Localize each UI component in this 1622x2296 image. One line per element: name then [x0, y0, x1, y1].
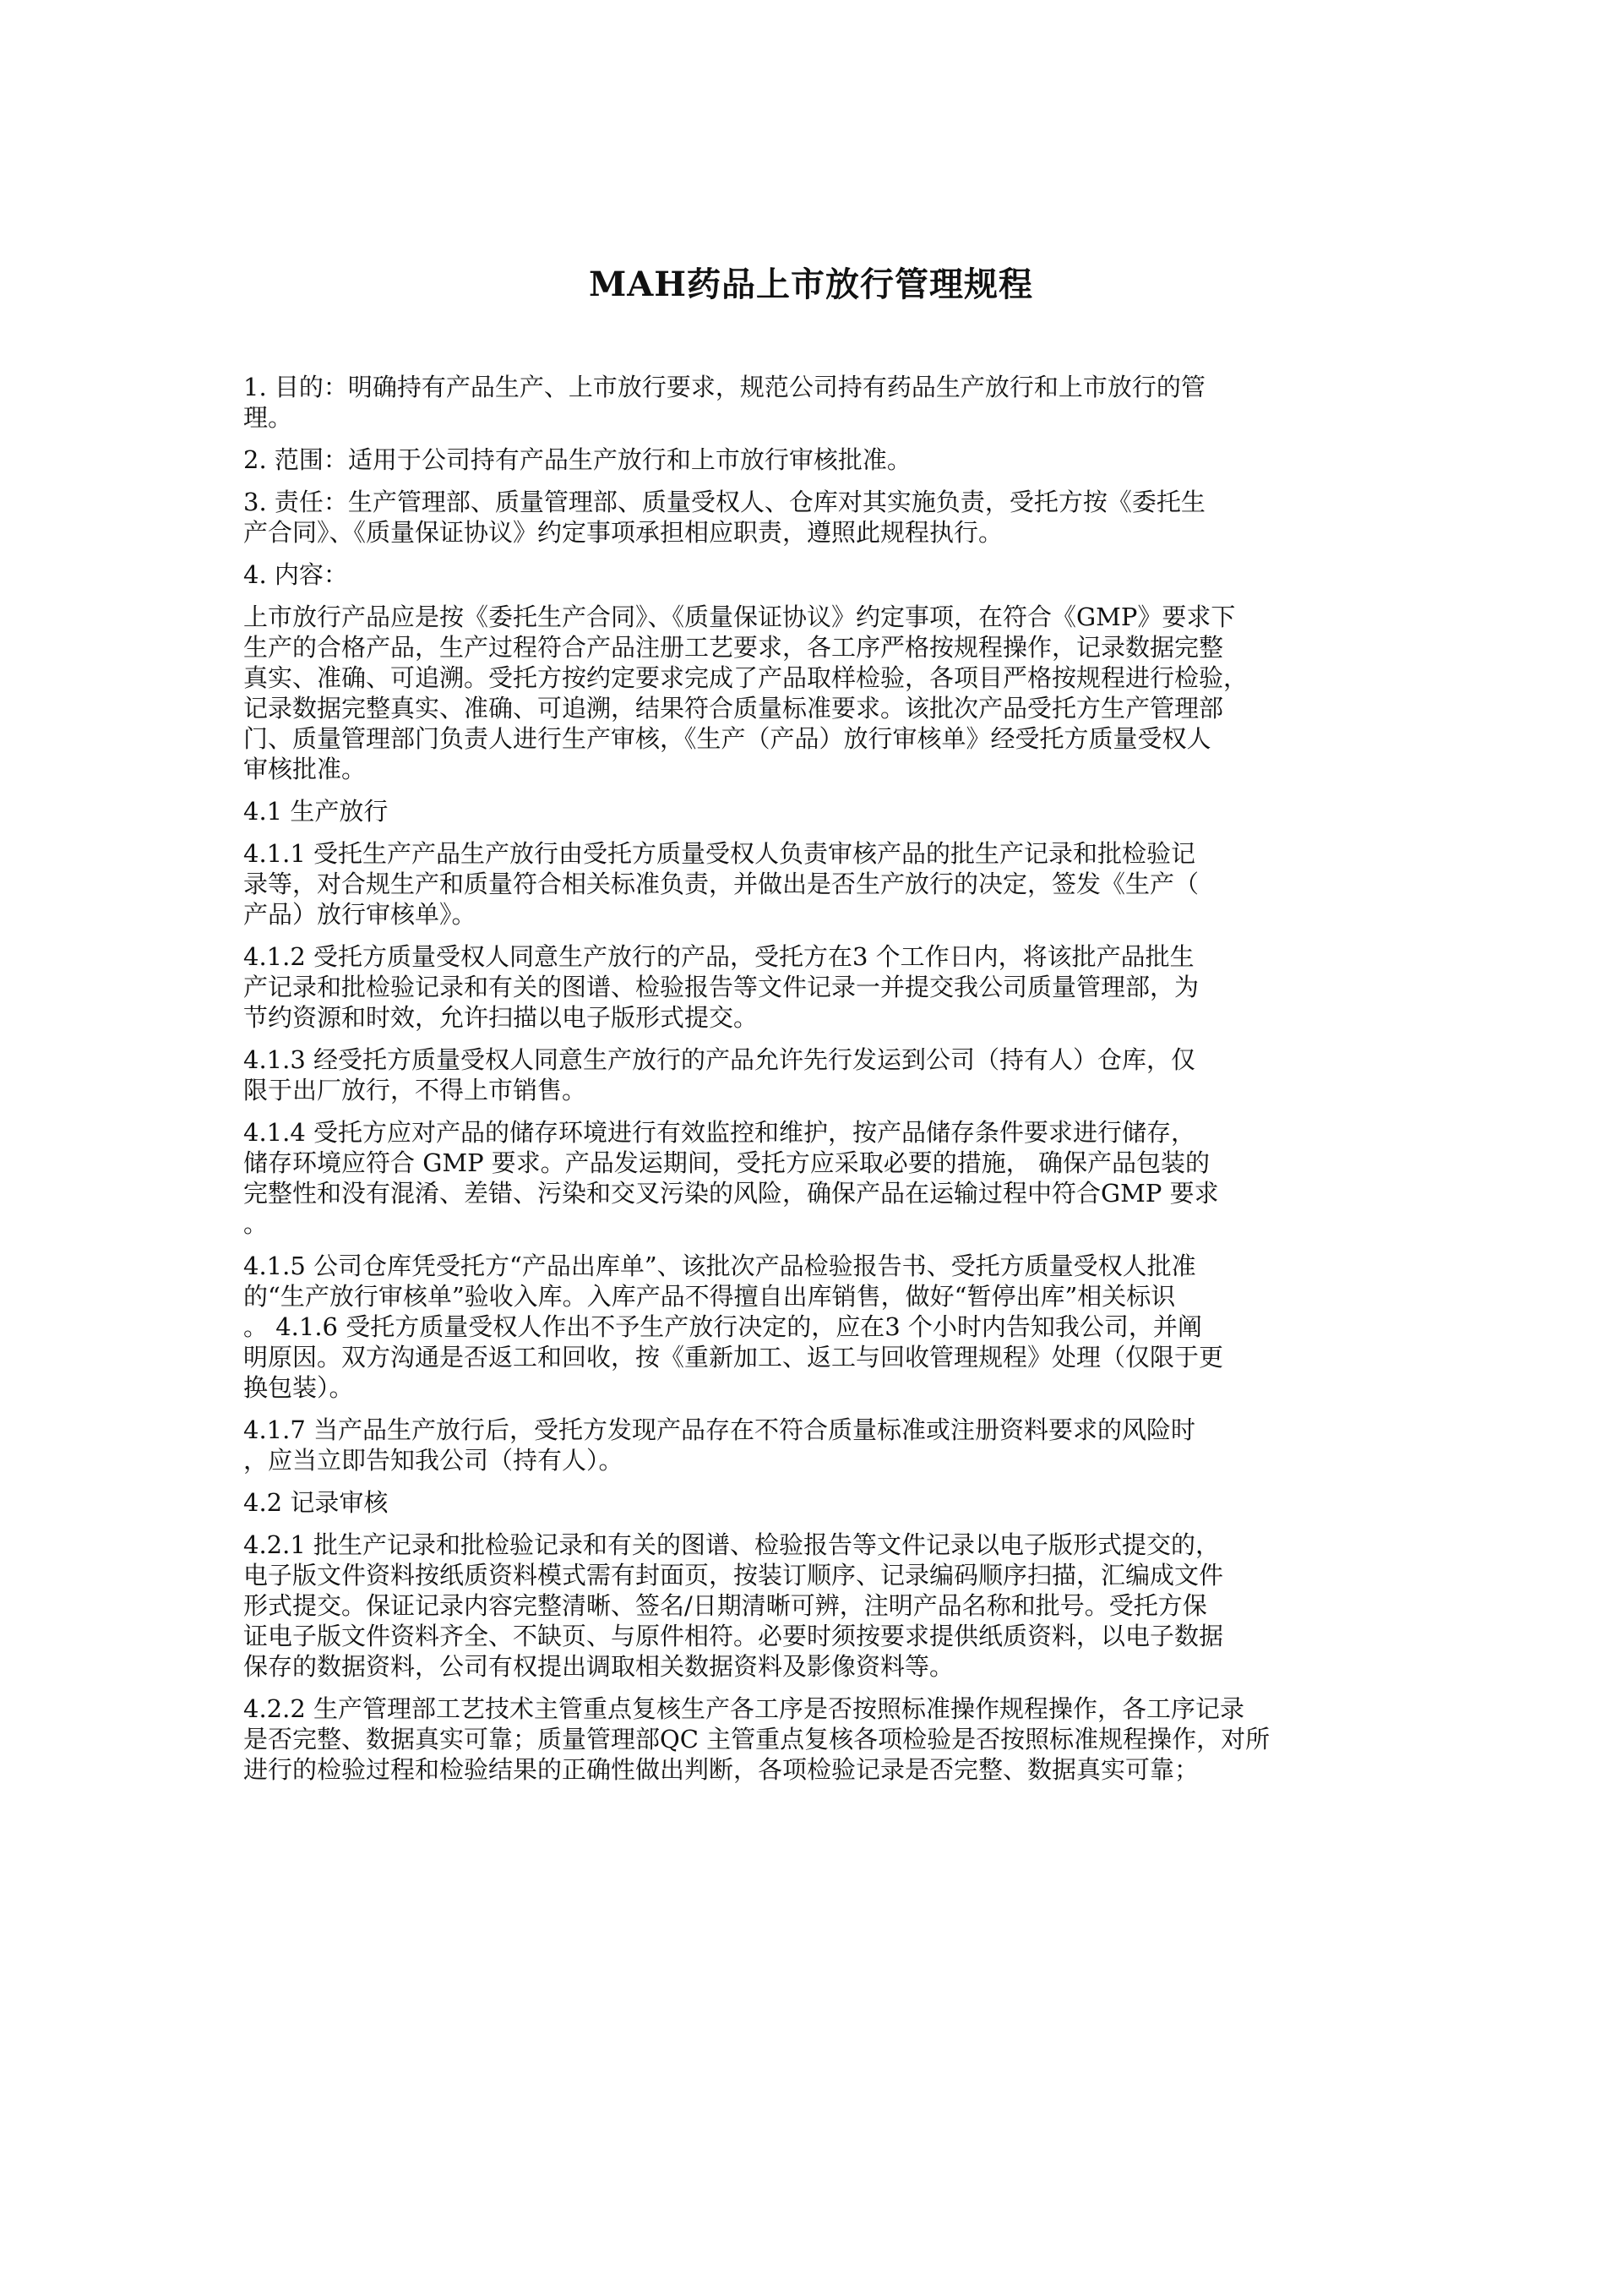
document-title: MAH药品上市放行管理规程 [0, 258, 1622, 306]
text-line: 是否完整、数据真实可靠；质量管理部QC 主管重点复核各项检验是否按照标准规程操作… [243, 1724, 1409, 1754]
paragraph: 4.1.4 受托方应对产品的储存环境进行有效监控和维护，按产品储存条件要求进行储… [243, 1117, 1409, 1239]
text-line: 保存的数据资料，公司有权提出调取相关数据资料及影像资料等。 [243, 1651, 1409, 1682]
text-line: 产记录和批检验记录和有关的图谱、检验报告等文件记录一并提交我公司质量管理部，为 [243, 972, 1409, 1002]
paragraph: 1. 目的：明确持有产品生产、上市放行要求，规范公司持有药品生产放行和上市放行的… [243, 372, 1409, 433]
text-line: 。 4.1.6 受托方质量受权人作出不予生产放行决定的，应在3 个小时内告知我公… [243, 1312, 1409, 1342]
paragraph: 4.1.1 受托生产产品生产放行由受托方质量受权人负责审核产品的批生产记录和批检… [243, 838, 1409, 930]
paragraph: 4.2 记录审核 [243, 1487, 1409, 1518]
text-line: 明原因。双方沟通是否返工和回收，按《重新加工、返工与回收管理规程》处理（仅限于更 [243, 1342, 1409, 1372]
paragraph: 4.1.7 当产品生产放行后，受托方发现产品存在不符合质量标准或注册资料要求的风… [243, 1415, 1409, 1475]
text-line: 4.1.2 受托方质量受权人同意生产放行的产品，受托方在3 个工作日内，将该批产… [243, 941, 1409, 972]
text-line: 4.2.1 批生产记录和批检验记录和有关的图谱、检验报告等文件记录以电子版形式提… [243, 1530, 1409, 1560]
text-line: 换包装）。 [243, 1372, 1409, 1403]
text-line: 真实、准确、可追溯。受托方按约定要求完成了产品取样检验，各项目严格按规程进行检验… [243, 663, 1409, 693]
text-line: 4.2.2 生产管理部工艺技术主管重点复核生产各工序是否按照标准操作规程操作，各… [243, 1693, 1409, 1724]
text-line: 审核批准。 [243, 754, 1409, 784]
text-line: 电子版文件资料按纸质资料模式需有封面页，按装订顺序、记录编码顺序扫描，汇编成文件 [243, 1560, 1409, 1590]
paragraph: 上市放行产品应是按《委托生产合同》、《质量保证协议》约定事项，在符合《GMP》要… [243, 602, 1409, 784]
text-line: 理。 [243, 402, 1409, 433]
paragraph: 4.1.2 受托方质量受权人同意生产放行的产品，受托方在3 个工作日内，将该批产… [243, 941, 1409, 1033]
text-line: 限于出厂放行，不得上市销售。 [243, 1075, 1409, 1105]
text-line: 上市放行产品应是按《委托生产合同》、《质量保证协议》约定事项，在符合《GMP》要… [243, 602, 1409, 632]
text-line: 证电子版文件资料齐全、不缺页、与原件相符。必要时须按要求提供纸质资料，以电子数据 [243, 1621, 1409, 1651]
text-line: 4.1.1 受托生产产品生产放行由受托方质量受权人负责审核产品的批生产记录和批检… [243, 838, 1409, 869]
text-line: 1. 目的：明确持有产品生产、上市放行要求，规范公司持有药品生产放行和上市放行的… [243, 372, 1409, 402]
text-line: 进行的检验过程和检验结果的正确性做出判断，各项检验记录是否完整、数据真实可靠； [243, 1754, 1409, 1785]
text-line: 4. 内容： [243, 559, 1409, 590]
text-line: 录等，对合规生产和质量符合相关标准负责，并做出是否生产放行的决定，签发《生产（ [243, 869, 1409, 899]
paragraph: 4.1.3 经受托方质量受权人同意生产放行的产品允许先行发运到公司（持有人）仓库… [243, 1044, 1409, 1105]
text-line: 形式提交。保证记录内容完整清晰、签名/日期清晰可辨，注明产品名称和批号。受托方保 [243, 1590, 1409, 1621]
paragraph: 3. 责任：生产管理部、质量管理部、质量受权人、仓库对其实施负责，受托方按《委托… [243, 487, 1409, 548]
text-line: 。 [243, 1208, 1409, 1239]
text-line: 4.1 生产放行 [243, 796, 1409, 826]
text-line: 4.1.3 经受托方质量受权人同意生产放行的产品允许先行发运到公司（持有人）仓库… [243, 1044, 1409, 1075]
text-line: ，应当立即告知我公司（持有人）。 [243, 1445, 1409, 1475]
text-line: 4.1.4 受托方应对产品的储存环境进行有效监控和维护，按产品储存条件要求进行储… [243, 1117, 1409, 1148]
text-line: 4.1.5 公司仓库凭受托方“产品出库单”、该批次产品检验报告书、受托方质量受权… [243, 1251, 1409, 1281]
text-line: 节约资源和时效，允许扫描以电子版形式提交。 [243, 1002, 1409, 1033]
text-line: 4.2 记录审核 [243, 1487, 1409, 1518]
text-line: 产合同》、《质量保证协议》约定事项承担相应职责，遵照此规程执行。 [243, 517, 1409, 548]
paragraph: 4. 内容： [243, 559, 1409, 590]
text-line: 生产的合格产品，生产过程符合产品注册工艺要求，各工序严格按规程操作，记录数据完整 [243, 632, 1409, 663]
text-line: 门、质量管理部门负责人进行生产审核，《生产（产品）放行审核单》经受托方质量受权人 [243, 723, 1409, 754]
text-line: 完整性和没有混淆、差错、污染和交叉污染的风险，确保产品在运输过程中符合GMP 要… [243, 1178, 1409, 1208]
text-line: 记录数据完整真实、准确、可追溯，结果符合质量标准要求。该批次产品受托方生产管理部 [243, 693, 1409, 723]
text-line: 2. 范围：适用于公司持有产品生产放行和上市放行审核批准。 [243, 444, 1409, 475]
paragraph: 4.2.2 生产管理部工艺技术主管重点复核生产各工序是否按照标准操作规程操作，各… [243, 1693, 1409, 1785]
paragraph: 4.2.1 批生产记录和批检验记录和有关的图谱、检验报告等文件记录以电子版形式提… [243, 1530, 1409, 1682]
text-line: 储存环境应符合 GMP 要求。产品发运期间，受托方应采取必要的措施， 确保产品包… [243, 1148, 1409, 1178]
document-body: 1. 目的：明确持有产品生产、上市放行要求，规范公司持有药品生产放行和上市放行的… [243, 372, 1409, 1797]
paragraph: 2. 范围：适用于公司持有产品生产放行和上市放行审核批准。 [243, 444, 1409, 475]
paragraph: 4.1.5 公司仓库凭受托方“产品出库单”、该批次产品检验报告书、受托方质量受权… [243, 1251, 1409, 1403]
text-line: 4.1.7 当产品生产放行后，受托方发现产品存在不符合质量标准或注册资料要求的风… [243, 1415, 1409, 1445]
paragraph: 4.1 生产放行 [243, 796, 1409, 826]
text-line: 的“生产放行审核单”验收入库。入库产品不得擅自出库销售，做好“暂停出库”相关标识 [243, 1281, 1409, 1312]
text-line: 产品）放行审核单》。 [243, 899, 1409, 930]
text-line: 3. 责任：生产管理部、质量管理部、质量受权人、仓库对其实施负责，受托方按《委托… [243, 487, 1409, 517]
